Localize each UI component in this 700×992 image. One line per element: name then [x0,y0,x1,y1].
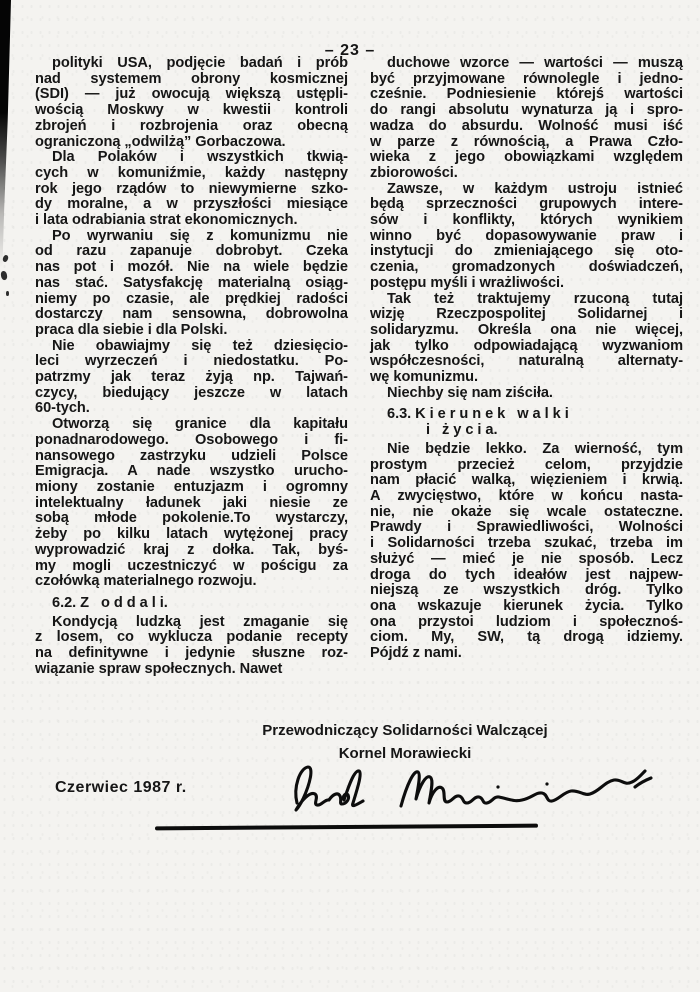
text-line: nansowego zastrzyku udzieli Polsce [35,449,348,465]
text-line: współczesności, naturalną alternaty- [370,354,683,370]
text-line: do rangi absolutu wynaturza ją i spro- [370,103,683,119]
text-line: nas pot i mozół. Nie na wiele będzie [35,260,348,276]
paragraph: Nie będzie lekko. Za wierność, tymprosty… [370,442,683,662]
text-line: cześnie. Podniesienie którejś wartości [370,87,683,103]
paragraph: Zawsze, w każdym ustroju istniećbędą spr… [370,182,683,292]
text-line: i ż y c i a. [370,423,683,439]
text-line: czycy, biedujący jeszcze w latach [35,386,348,402]
footer-divider-rule [155,824,538,831]
text-line: prostym przecież celom, przyjdzie [370,458,683,474]
text-line: winno być dopasowywanie praw i [370,229,683,245]
text-line: nam płacić walką, więzieniem i krwią. [370,473,683,489]
text-line: służyć — mieć je nie sposób. Lecz [370,552,683,568]
text-line: będą sprzeczności grupowych intere- [370,197,683,213]
text-line: na definitywne i jedynie słuszne roz- [35,646,348,662]
text-line: Tak też traktujemy rzuconą tutaj [370,292,683,308]
text-line: Po wyrwaniu się z komunizmu nie [35,229,348,245]
text-line: Niechby się nam ziściła. [370,386,683,402]
text-line: polityki USA, podjęcie badań i prób [35,56,348,72]
scan-speck [2,254,9,262]
paragraph: Po wyrwaniu się z komunizmu nieod razu z… [35,229,348,339]
text-line: Nie będzie lekko. Za wierność, tym [370,442,683,458]
text-line: Nie obawiajmy się też dziesięcio- [35,339,348,355]
paragraph: Otworzą się granice dla kapitałuponadnar… [35,417,348,590]
text-line: zbrojeń i rozbrojenia oraz obecną [35,119,348,135]
text-line: 6.2. Z o d d a l i. [35,596,348,612]
text-line: wę komunizmu. [370,370,683,386]
paragraph: Nie obawiajmy się też dziesięcio-leci wy… [35,339,348,418]
text-line: wieka z jego obowiązkami względem [370,150,683,166]
text-line: nie, nie okaże się wcale ostateczne. [370,505,683,521]
section-heading: 6.2. Z o d d a l i. [35,596,348,612]
text-line: w parze z równością, a Prawa Czło- [370,135,683,151]
text-line: Otworzą się granice dla kapitału [35,417,348,433]
text-line: droga do tych ideałów jest najpew- [370,568,683,584]
text-line: leci wyrzeczeń i niedostatku. Po- [35,354,348,370]
text-line: być przyjmowane równolegle i jedno- [370,72,683,88]
column-right: duchowe wzorce — wartości — musząbyć prz… [370,56,683,677]
text-line: ograniczoną „odwilżą” Gorbaczowa. [35,135,348,151]
text-line: wiązanie spraw społecznych. Nawet [35,662,348,678]
text-line: niejszą ze wszystkich dróg. Tylko [370,583,683,599]
text-line: rok jego rządów to niewymierne szko- [35,182,348,198]
text-line: czołówką materialnego rozwoju. [35,574,348,590]
scan-speck [6,291,9,296]
text-line: cych w komuniźmie, każdy następny [35,166,348,182]
text-line: Emigracja. A nade wszystko urucho- [35,464,348,480]
paragraph: Kondycją ludzką jest zmaganie sięz losem… [35,615,348,678]
paragraph: Dla Polaków i wszystkich tkwią-cych w ko… [35,150,348,229]
paragraph: Niechby się nam ziściła. [370,386,683,402]
text-line: wizję Rzeczpospolitej Solidarnej i [370,307,683,323]
text-line: patrzmy jak teraz żyją np. Tajwań- [35,370,348,386]
scanned-document-page: { "colors": { "paper": "#f4f3f0", "ink":… [0,0,700,992]
document-date: Czerwiec 1987 r. [55,779,187,797]
text-line: Prawdy i Sprawiedliwości, Wolności [370,520,683,536]
text-line: zbiorowości. [370,166,683,182]
text-line: Zawsze, w każdym ustroju istnieć [370,182,683,198]
text-line: nad systemem obrony kosmicznej [35,72,348,88]
text-line: od razu zapanuje dobrobyt. Czeka [35,244,348,260]
text-line: z losem, co wyklucza podanie recepty [35,630,348,646]
paragraph: polityki USA, podjęcie badań i próbnad s… [35,56,348,150]
text-line: sobą młode pokolenie.To wystarczy, [35,511,348,527]
text-line: nas stać. Satysfakcję materialną osiąg- [35,276,348,292]
text-line: intelektualny ładunek jaki niesie ze [35,496,348,512]
text-line: solidaryzmu. Określa ona nie więcej, [370,323,683,339]
text-line: 60-tych. [35,401,348,417]
text-line: dostarczy nam sensowna, dobrowolna [35,307,348,323]
text-columns: polityki USA, podjęcie badań i próbnad s… [35,56,683,677]
text-line: Kondycją ludzką jest zmaganie się [35,615,348,631]
text-line: praca dla siebie i dla Polski. [35,323,348,339]
scan-speck [0,270,8,280]
section-heading: 6.3. K i e r u n e k w a l k ii ż y c i … [370,407,683,438]
text-line: czenia, gromadzonych doświadczeń, [370,260,683,276]
paragraph: Tak też traktujemy rzuconą tutajwizję Rz… [370,292,683,386]
text-line: jak tylko odpowiadającą wyzwaniom [370,339,683,355]
text-line: instytucji do zmieniającego się oto- [370,244,683,260]
paragraph: duchowe wzorce — wartości — musząbyć prz… [370,56,683,182]
signature-handwriting [283,757,665,821]
text-line: dy moralne, a w przyszłości miesiące [35,197,348,213]
text-line: i lata odrabiania strat ekonomicznych. [35,213,348,229]
text-line: ciom. My, SW, tą drogą idziemy. [370,630,683,646]
text-line: ona wskazuje kierunek życia. Tylko [370,599,683,615]
text-line: sów i konflikty, których wynikiem [370,213,683,229]
text-line: Dla Polaków i wszystkich tkwią- [35,150,348,166]
column-left: polityki USA, podjęcie badań i próbnad s… [35,56,348,677]
text-line: i Solidarności trzeba szukać, trzeba im [370,536,683,552]
text-line: Pójdź z nami. [370,646,683,662]
text-line: ponadnarodowego. Osobowego i fi- [35,433,348,449]
text-line: (SDI) — już owocują większą ustępli- [35,87,348,103]
signatory-role: Przewodniczący Solidarności Walczącej [110,722,700,739]
text-line: A zwycięstwo, które w końcu nasta- [370,489,683,505]
text-line: żeby po kilku latach wytężonej pracy [35,527,348,543]
text-line: my mogli uczestniczyć w pościgu za [35,559,348,575]
text-line: wadza do absurdu. Wolność musi iść [370,119,683,135]
text-line: ona przystoi ludziom i społecznoś- [370,615,683,631]
text-line: wością Moskwy w kwestii kontroli [35,103,348,119]
text-line: postępu myśli i wrażliwości. [370,276,683,292]
text-line: miony zostanie entuzjazm i ogromny [35,480,348,496]
text-line: wyprowadzić kraj z dołka. Tak, byś- [35,543,348,559]
text-line: 6.3. K i e r u n e k w a l k i [370,407,683,423]
scan-edge-artifact [0,0,11,268]
text-line: duchowe wzorce — wartości — muszą [370,56,683,72]
text-line: niemy po czasie, ale prędkiej radości [35,292,348,308]
